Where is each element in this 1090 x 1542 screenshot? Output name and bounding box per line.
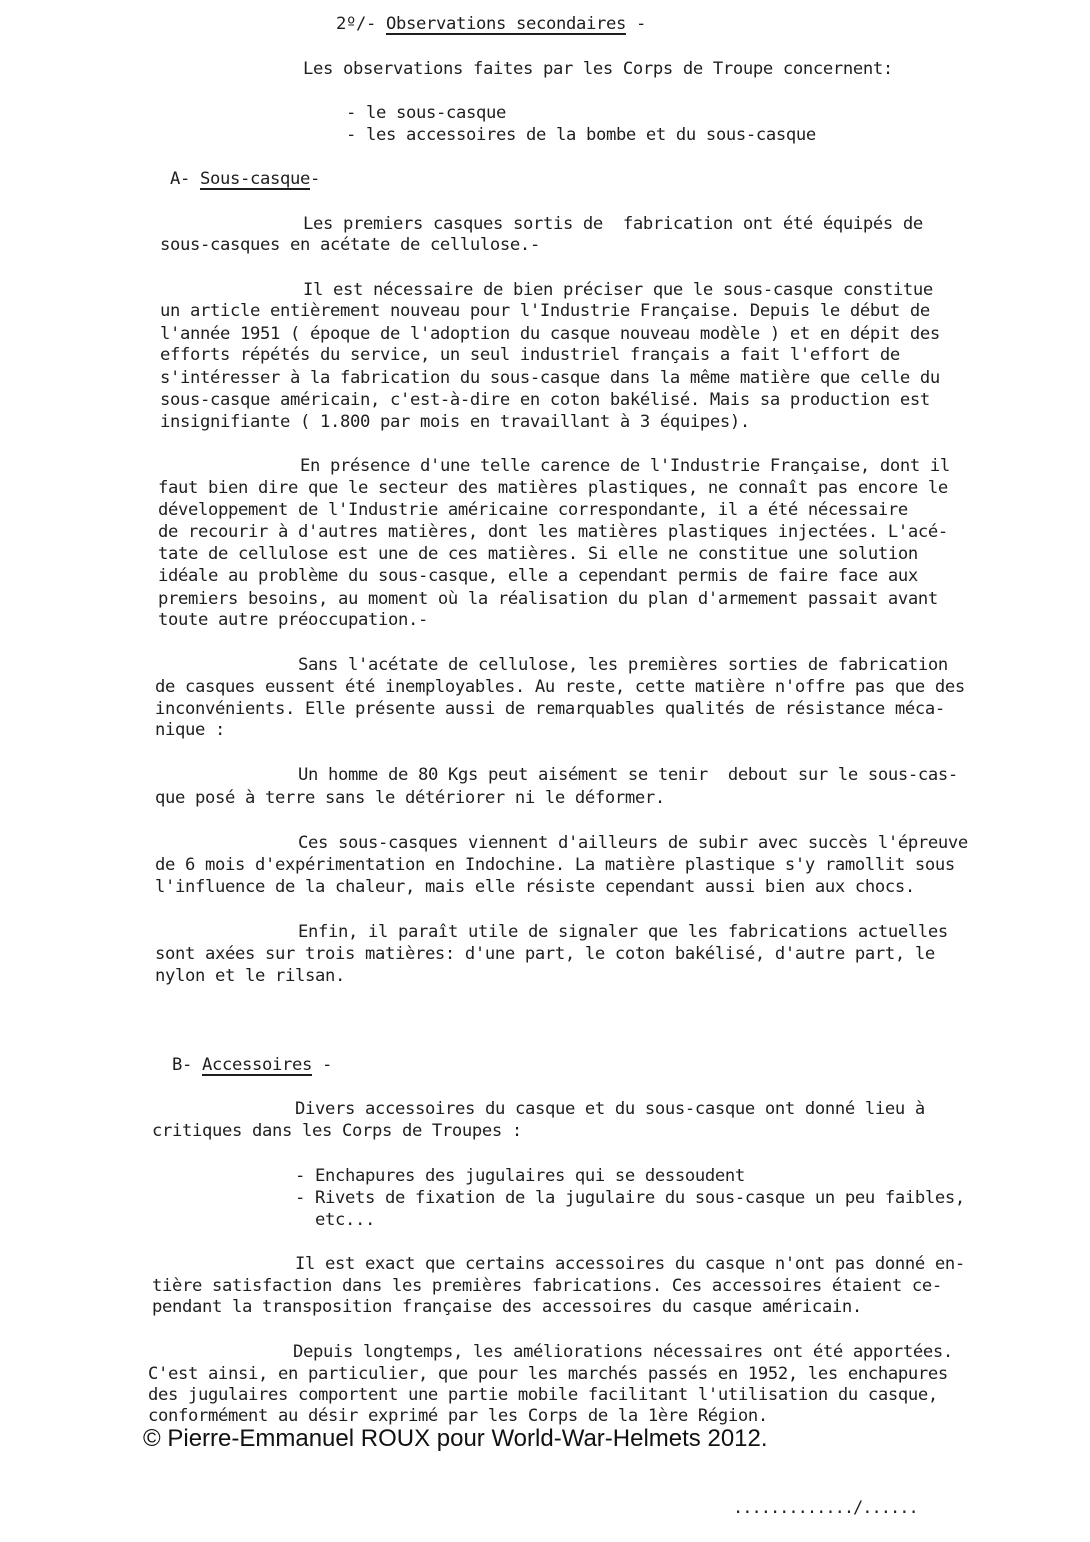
paragraph-line: Divers accessoires du casque et du sous-…	[295, 1099, 925, 1119]
section-number: 2º/-	[336, 14, 376, 34]
paragraph-line: critiques dans les Corps de Troupes :	[152, 1121, 522, 1141]
paragraph-line: premiers besoins, au moment où la réalis…	[158, 589, 938, 609]
document-page: 2º/- Observations secondaires - Les obse…	[0, 0, 1090, 1542]
paragraph-line: Depuis longtemps, les améliorations néce…	[293, 1342, 953, 1362]
list-item: etc...	[295, 1210, 375, 1230]
paragraph-line: nylon et le rilsan.	[155, 966, 345, 986]
section-heading: 2º/- Observations secondaires -	[336, 14, 646, 34]
paragraph-line: l'influence de la chaleur, mais elle rés…	[155, 877, 915, 897]
paragraph-line: de casques eussent été inemployables. Au…	[155, 677, 965, 697]
paragraph-line: des jugulaires comportent une partie mob…	[148, 1385, 938, 1405]
paragraph-line: insignifiante ( 1.800 par mois en travai…	[160, 412, 750, 432]
paragraph-line: Il est nécessaire de bien préciser que l…	[303, 280, 933, 300]
paragraph-line: développement de l'Industrie américaine …	[158, 500, 908, 520]
paragraph-line: sous-casque américain, c'est-à-dire en c…	[160, 390, 930, 410]
paragraph-line: conformément au désir exprimé par les Co…	[148, 1406, 768, 1426]
paragraph-line: pendant la transposition française des a…	[152, 1297, 862, 1317]
section-title: Observations secondaires	[386, 14, 626, 34]
list-item: - Rivets de fixation de la jugulaire du …	[295, 1188, 965, 1208]
paragraph-line: Un homme de 80 Kgs peut aisément se teni…	[298, 765, 958, 785]
paragraph-line: C'est ainsi, en particulier, que pour le…	[148, 1364, 948, 1384]
paragraph-line: un article entièrement nouveau pour l'In…	[160, 301, 930, 321]
section-intro: Les observations faites par les Corps de…	[303, 59, 893, 79]
paragraph-line: tate de cellulose est une de ces matière…	[158, 544, 918, 564]
paragraph-line: toute autre préoccupation.-	[158, 610, 428, 630]
list-item: - Enchapures des jugulaires qui se desso…	[295, 1166, 745, 1186]
intro-item: - les accessoires de la bombe et du sous…	[346, 125, 816, 145]
paragraph-line: idéale au problème du sous-casque, elle …	[158, 566, 918, 586]
paragraph-line: tière satisfaction dans les premières fa…	[152, 1276, 942, 1296]
paragraph-line: l'année 1951 ( époque de l'adoption du c…	[160, 324, 940, 344]
subsection-b-suffix: -	[312, 1055, 332, 1075]
subsection-a-title: Sous-casque	[200, 169, 310, 189]
paragraph-line: de recourir à d'autres matières, dont le…	[158, 522, 948, 542]
continuation-mark: ............./......	[733, 1498, 918, 1518]
paragraph-line: inconvénients. Elle présente aussi de re…	[155, 699, 945, 719]
paragraph-line: Enfin, il paraît utile de signaler que l…	[298, 922, 948, 942]
paragraph-line: s'intéresser à la fabrication du sous-ca…	[160, 368, 940, 388]
paragraph-line: faut bien dire que le secteur des matièr…	[158, 478, 948, 498]
paragraph-line: Les premiers casques sortis de fabricati…	[303, 214, 923, 234]
section-title-suffix: -	[626, 14, 646, 34]
subsection-a-suffix: -	[310, 169, 320, 189]
paragraph-line: que posé à terre sans le détériorer ni l…	[155, 788, 665, 808]
paragraph-line: efforts répétés du service, un seul indu…	[160, 345, 900, 365]
subsection-b-title: Accessoires	[202, 1055, 312, 1075]
paragraph-line: Il est exact que certains accessoires du…	[295, 1254, 965, 1274]
intro-item: - le sous-casque	[346, 103, 506, 123]
paragraph-line: de 6 mois d'expérimentation en Indochine…	[155, 855, 955, 875]
paragraph-line: Ces sous-casques viennent d'ailleurs de …	[298, 833, 968, 853]
subsection-a-heading: A- Sous-casque-	[170, 169, 320, 189]
paragraph-line: nique :	[155, 720, 225, 740]
subsection-a-prefix: A-	[170, 169, 200, 189]
copyright-watermark: © Pierre-Emmanuel ROUX pour World-War-He…	[143, 1425, 768, 1453]
paragraph-line: En présence d'une telle carence de l'Ind…	[300, 456, 950, 476]
subsection-b-prefix: B-	[172, 1055, 202, 1075]
paragraph-line: Sans l'acétate de cellulose, les premièr…	[298, 655, 948, 675]
paragraph-line: sous-casques en acétate de cellulose.-	[160, 235, 540, 255]
subsection-b-heading: B- Accessoires -	[172, 1055, 332, 1075]
paragraph-line: sont axées sur trois matières: d'une par…	[155, 944, 935, 964]
